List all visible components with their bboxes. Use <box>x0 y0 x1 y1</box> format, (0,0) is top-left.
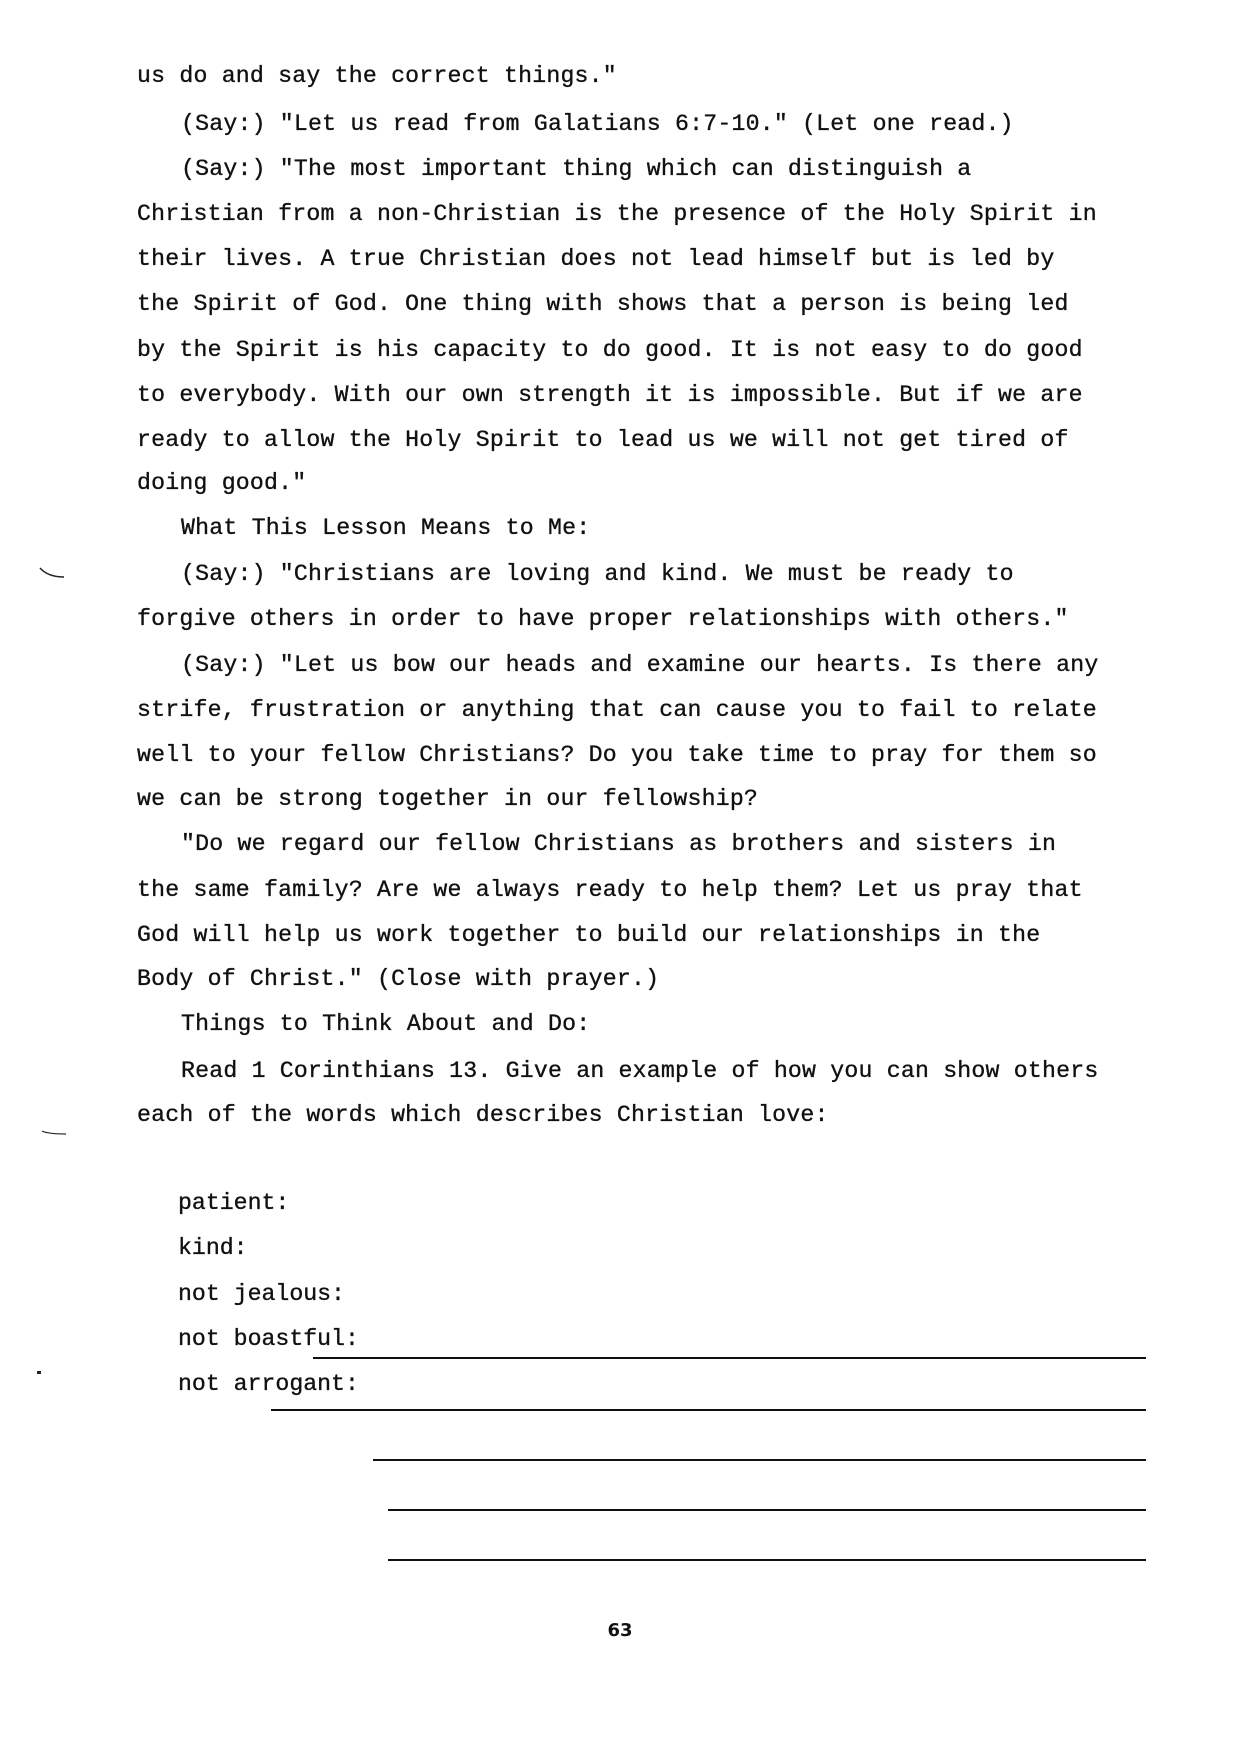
text-line: Body of Christ." (Close with prayer.) <box>137 965 659 993</box>
field-label-not-boastful: not boastful: <box>178 1325 359 1353</box>
text-line: (Say:) "Let us bow our heads and examine… <box>181 651 1098 679</box>
text-line: (Say:) "The most important thing which c… <box>181 155 971 183</box>
scan-mark <box>38 565 68 585</box>
not-arrogant-answer-line[interactable] <box>388 1559 1146 1561</box>
text-line: Christian from a non-Christian is the pr… <box>137 200 1097 228</box>
text-line: by the Spirit is his capacity to do good… <box>137 336 1083 364</box>
text-line: doing good." <box>137 469 306 497</box>
text-line: (Say:) "Christians are loving and kind. … <box>181 560 1014 588</box>
text-line: to everybody. With our own strength it i… <box>137 381 1083 409</box>
text-line: their lives. A true Christian does not l… <box>137 245 1054 273</box>
kind-answer-line[interactable] <box>271 1409 1146 1411</box>
scan-mark <box>40 1128 70 1140</box>
text-line: (Say:) "Let us read from Galatians 6:7-1… <box>181 110 1014 138</box>
patient-answer-line[interactable] <box>313 1357 1146 1359</box>
text-line: God will help us work together to build … <box>137 921 1040 949</box>
text-line: the Spirit of God. One thing with shows … <box>137 290 1069 318</box>
text-line: the same family? Are we always ready to … <box>137 876 1083 904</box>
section-heading: Things to Think About and Do: <box>181 1010 590 1038</box>
section-heading: What This Lesson Means to Me: <box>181 514 590 542</box>
field-label-kind: kind: <box>178 1234 248 1262</box>
text-line: ready to allow the Holy Spirit to lead u… <box>137 426 1069 454</box>
text-line: us do and say the correct things." <box>137 62 617 90</box>
text-line: "Do we regard our fellow Christians as b… <box>181 830 1056 858</box>
text-line: each of the words which describes Christ… <box>137 1101 829 1129</box>
not-boastful-answer-line[interactable] <box>388 1509 1146 1511</box>
text-line: well to your fellow Christians? Do you t… <box>137 741 1097 769</box>
text-line: strife, frustration or anything that can… <box>137 696 1097 724</box>
field-label-patient: patient: <box>178 1189 289 1217</box>
text-line: Read 1 Corinthians 13. Give an example o… <box>181 1057 1098 1085</box>
scan-mark <box>36 1370 44 1376</box>
page-number: 63 <box>0 1620 1240 1641</box>
field-label-not-jealous: not jealous: <box>178 1280 345 1308</box>
text-line: we can be strong together in our fellows… <box>137 785 758 813</box>
field-label-not-arrogant: not arrogant: <box>178 1370 359 1398</box>
text-line: forgive others in order to have proper r… <box>137 605 1069 633</box>
not-jealous-answer-line[interactable] <box>373 1459 1146 1461</box>
